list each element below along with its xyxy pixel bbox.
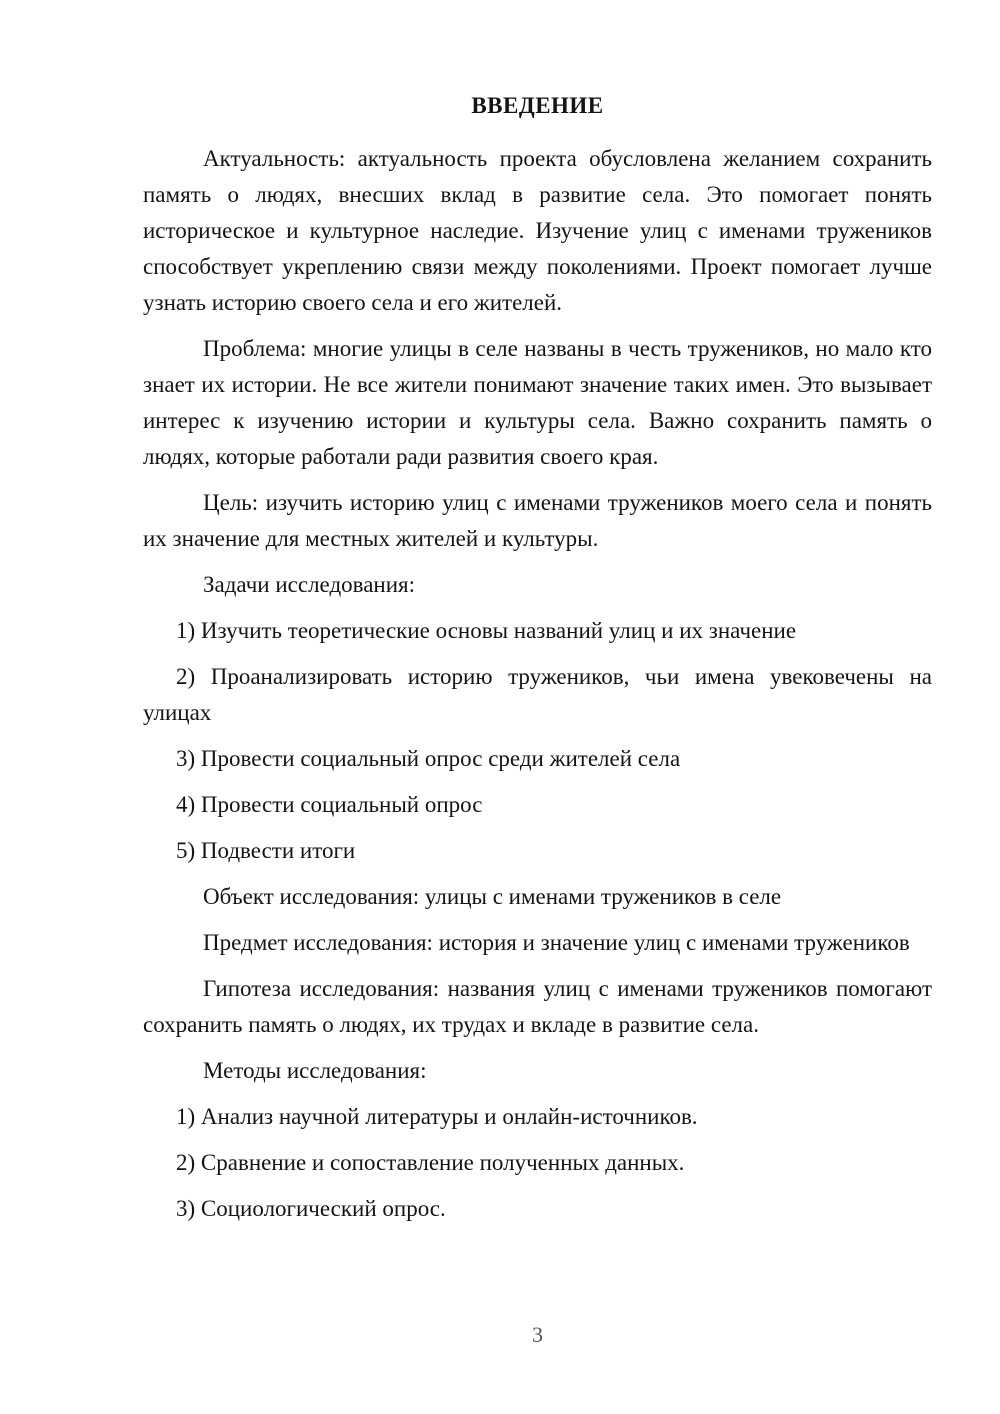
page-title: ВВЕДЕНИЕ [143, 88, 932, 124]
paragraph-problema: Проблема: многие улицы в селе названы в … [143, 331, 932, 475]
document-page: ВВЕДЕНИЕ Актуальность: актуальность прое… [0, 0, 1000, 1414]
paragraph-tsel: Цель: изучить историю улиц с именами тру… [143, 485, 932, 557]
paragraph-aktualnost: Актуальность: актуальность проекта обусл… [143, 141, 932, 321]
method-list-item-1: 1) Анализ научной литературы и онлайн-ис… [143, 1099, 932, 1135]
paragraph-metody-heading: Методы исследования: [143, 1053, 932, 1089]
paragraph-zadachi-heading: Задачи исследования: [143, 567, 932, 603]
task-list-item-4: 4) Провести социальный опрос [143, 787, 932, 823]
document-body: ВВЕДЕНИЕ Актуальность: актуальность прое… [143, 88, 932, 1237]
method-list-item-2: 2) Сравнение и сопоставление полученных … [143, 1145, 932, 1181]
task-list-item-5: 5) Подвести итоги [143, 833, 932, 869]
paragraph-gipoteza: Гипотеза исследования: названия улиц с и… [143, 971, 932, 1043]
task-list-item-1: 1) Изучить теоретические основы названий… [143, 613, 932, 649]
paragraph-obekt: Объект исследования: улицы с именами тру… [143, 879, 932, 915]
paragraph-predmet: Предмет исследования: история и значение… [143, 925, 932, 961]
task-list-item-2: 2) Проанализировать историю тружеников, … [143, 659, 932, 731]
page-number: 3 [143, 1320, 932, 1350]
task-list-item-3: 3) Провести социальный опрос среди жител… [143, 741, 932, 777]
method-list-item-3: 3) Социологический опрос. [143, 1191, 932, 1227]
